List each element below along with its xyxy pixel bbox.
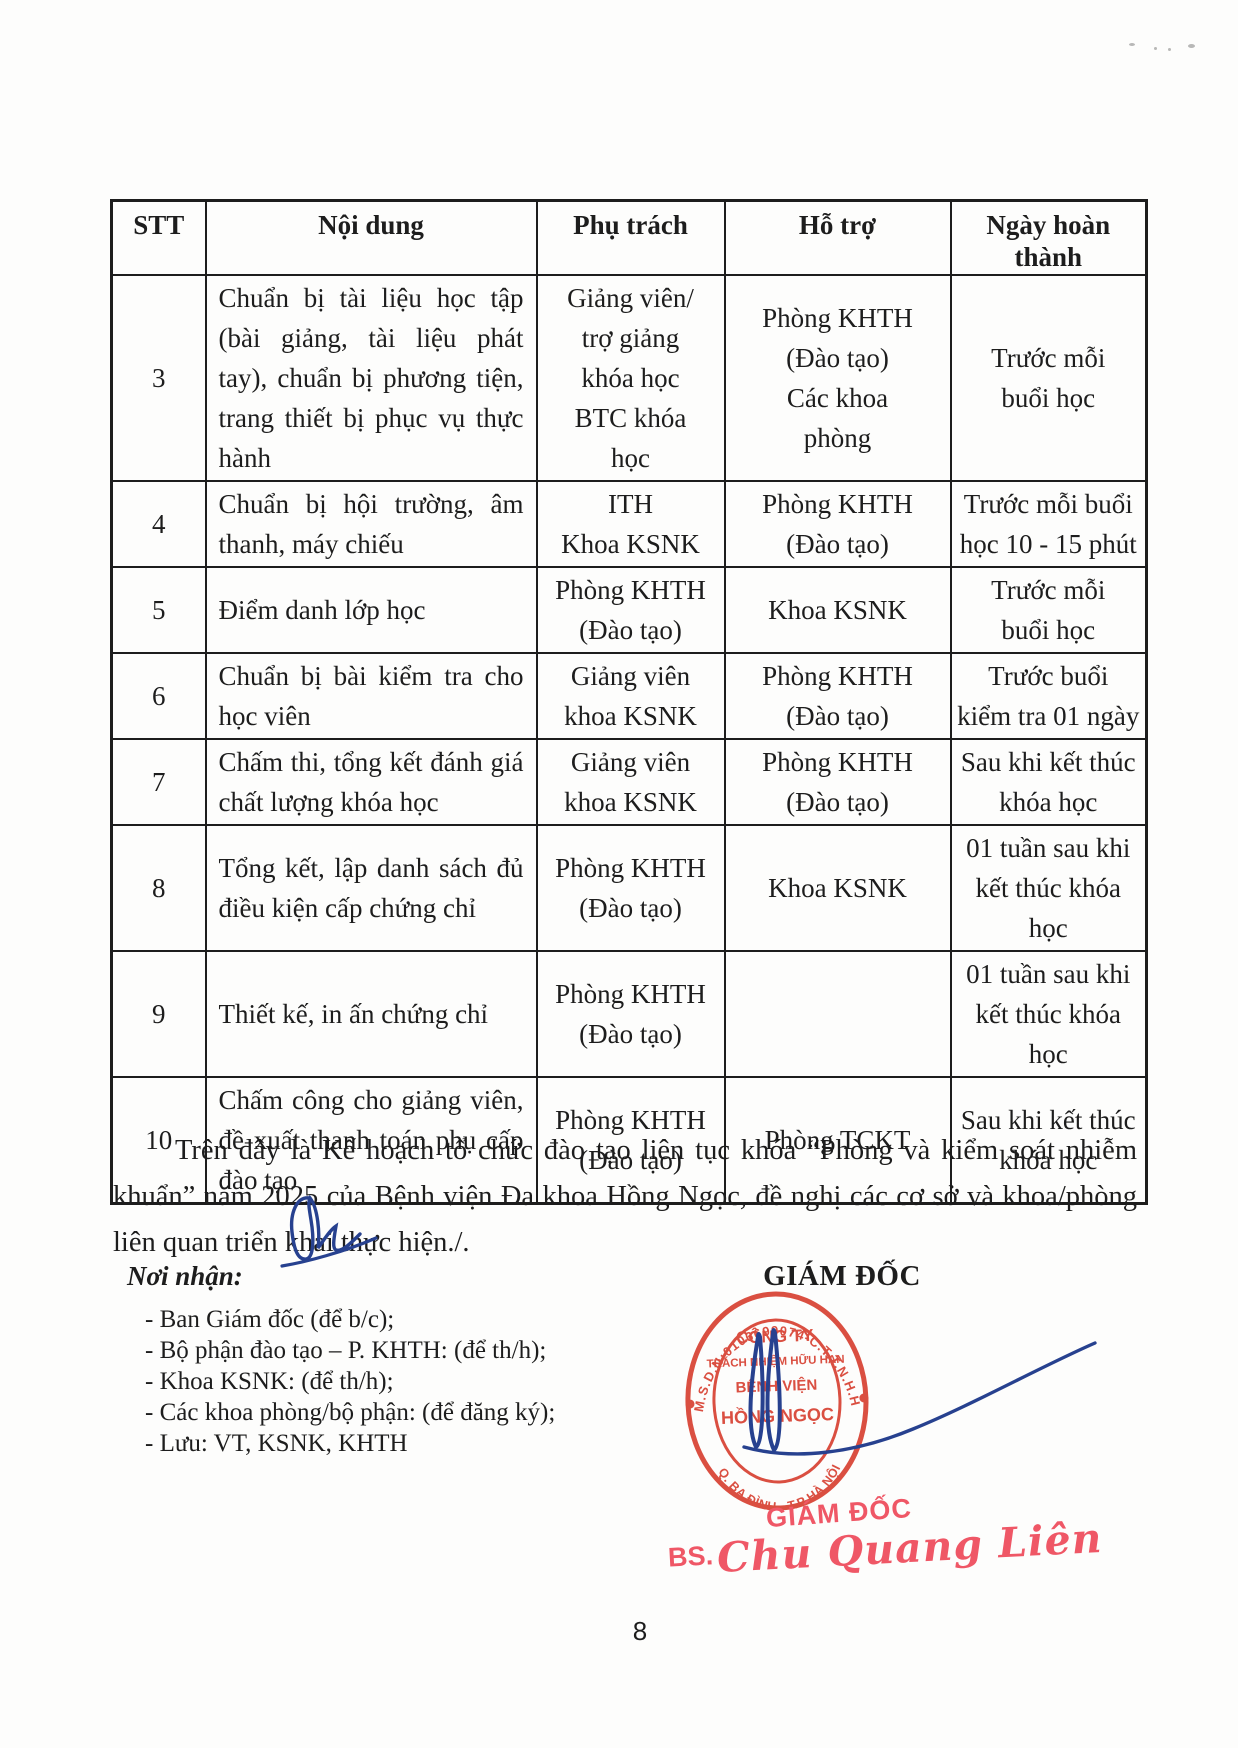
recipient-item: Các khoa phòng/bộ phận: (để đăng ký); (145, 1397, 597, 1428)
recipient-item: Khoa KSNK: (để th/h); (145, 1366, 597, 1397)
scan-speck (1168, 48, 1171, 51)
cell-ho-tro: Phòng KHTH (Đào tạo) (725, 653, 951, 739)
scan-speck (1188, 44, 1195, 48)
header-ngay: Ngày hoàn thành (951, 201, 1147, 276)
cell-stt: 7 (112, 739, 206, 825)
table-row: 6 Chuẩn bị bài kiểm tra cho học viên Giả… (112, 653, 1147, 739)
table-row: 3 Chuẩn bị tài liệu học tập (bài giảng, … (112, 275, 1147, 481)
cell-noi-dung: Tổng kết, lập danh sách đủ điều kiện cấp… (206, 825, 537, 951)
cell-ho-tro: Khoa KSNK (725, 825, 951, 951)
page-number: 8 (600, 1616, 680, 1647)
cell-ngay: Trước mỗi buổi học (951, 275, 1147, 481)
cell-phu-trach: Phòng KHTH (Đào tạo) (537, 951, 725, 1077)
cell-noi-dung: Chuẩn bị hội trường, âm thanh, máy chiếu (206, 481, 537, 567)
cell-stt: 9 (112, 951, 206, 1077)
cell-ngay: Sau khi kết thúc khóa học (951, 739, 1147, 825)
recipients-title: Nơi nhận: (127, 1261, 597, 1292)
table-row: 9 Thiết kế, in ấn chứng chỉ Phòng KHTH (… (112, 951, 1147, 1077)
cell-ngay: 01 tuần sau khi kết thúc khóa học (951, 825, 1147, 951)
director-signature (700, 1215, 1120, 1465)
cell-phu-trach: Giảng viên/ trợ giảng khóa học BTC khóa … (537, 275, 725, 481)
cell-ngay: Trước mỗi buổi học (951, 567, 1147, 653)
scan-speck (1129, 43, 1135, 46)
cell-noi-dung: Thiết kế, in ấn chứng chỉ (206, 951, 537, 1077)
cell-stt: 6 (112, 653, 206, 739)
cell-stt: 3 (112, 275, 206, 481)
signature-loop-2 (768, 1330, 780, 1450)
header-noi-dung: Nội dung (206, 201, 537, 276)
cell-noi-dung: Điểm danh lớp học (206, 567, 537, 653)
cell-stt: 5 (112, 567, 206, 653)
cell-ho-tro: Phòng KHTH (Đào tạo) (725, 739, 951, 825)
cell-phu-trach: Phòng KHTH (Đào tạo) (537, 567, 725, 653)
signature-loop-1 (750, 1334, 762, 1447)
table-row: 7 Chấm thi, tổng kết đánh giá chất lượng… (112, 739, 1147, 825)
cell-phu-trach: Giảng viên khoa KSNK (537, 653, 725, 739)
cell-noi-dung: Chấm thi, tổng kết đánh giá chất lượng k… (206, 739, 537, 825)
recipient-item: Bộ phận đào tạo – P. KHTH: (để th/h); (145, 1335, 597, 1366)
header-phu-trach: Phụ trách (537, 201, 725, 276)
recipient-item: Lưu: VT, KSNK, KHTH (145, 1428, 597, 1459)
scan-speck (1154, 47, 1157, 50)
cell-ho-tro: Phòng KHTH (Đào tạo) Các khoa phòng (725, 275, 951, 481)
header-stt: STT (112, 201, 206, 276)
table-row: 8 Tổng kết, lập danh sách đủ điều kiện c… (112, 825, 1147, 951)
cell-ngay: Trước buổi kiểm tra 01 ngày (951, 653, 1147, 739)
cell-noi-dung: Chuẩn bị tài liệu học tập (bài giảng, tà… (206, 275, 537, 481)
cell-stt: 8 (112, 825, 206, 951)
header-ho-tro: Hỗ trợ (725, 201, 951, 276)
training-plan-table: STT Nội dung Phụ trách Hỗ trợ Ngày hoàn … (110, 199, 1148, 1205)
cell-ho-tro: Khoa KSNK (725, 567, 951, 653)
cell-ngay: 01 tuần sau khi kết thúc khóa học (951, 951, 1147, 1077)
signature-flourish (744, 1343, 1095, 1454)
cell-phu-trach: Phòng KHTH (Đào tạo) (537, 825, 725, 951)
cell-ho-tro (725, 951, 951, 1077)
cell-phu-trach: Giảng viên khoa KSNK (537, 739, 725, 825)
cell-stt: 4 (112, 481, 206, 567)
table-row: 4 Chuẩn bị hội trường, âm thanh, máy chi… (112, 481, 1147, 567)
table-row: 5 Điểm danh lớp học Phòng KHTH (Đào tạo)… (112, 567, 1147, 653)
recipient-item: Ban Giám đốc (để b/c); (145, 1304, 597, 1335)
recipients-block: Nơi nhận: Ban Giám đốc (để b/c); Bộ phận… (127, 1261, 597, 1459)
recipients-list: Ban Giám đốc (để b/c); Bộ phận đào tạo –… (145, 1304, 597, 1459)
cell-noi-dung: Chuẩn bị bài kiểm tra cho học viên (206, 653, 537, 739)
table-header-row: STT Nội dung Phụ trách Hỗ trợ Ngày hoàn … (112, 201, 1147, 276)
document-page: STT Nội dung Phụ trách Hỗ trợ Ngày hoàn … (0, 0, 1238, 1748)
signer-prefix: BS. (667, 1540, 714, 1572)
cell-phu-trach: ITH Khoa KSNK (537, 481, 725, 567)
cell-ngay: Trước mỗi buổi học 10 - 15 phút (951, 481, 1147, 567)
cell-ho-tro: Phòng KHTH (Đào tạo) (725, 481, 951, 567)
